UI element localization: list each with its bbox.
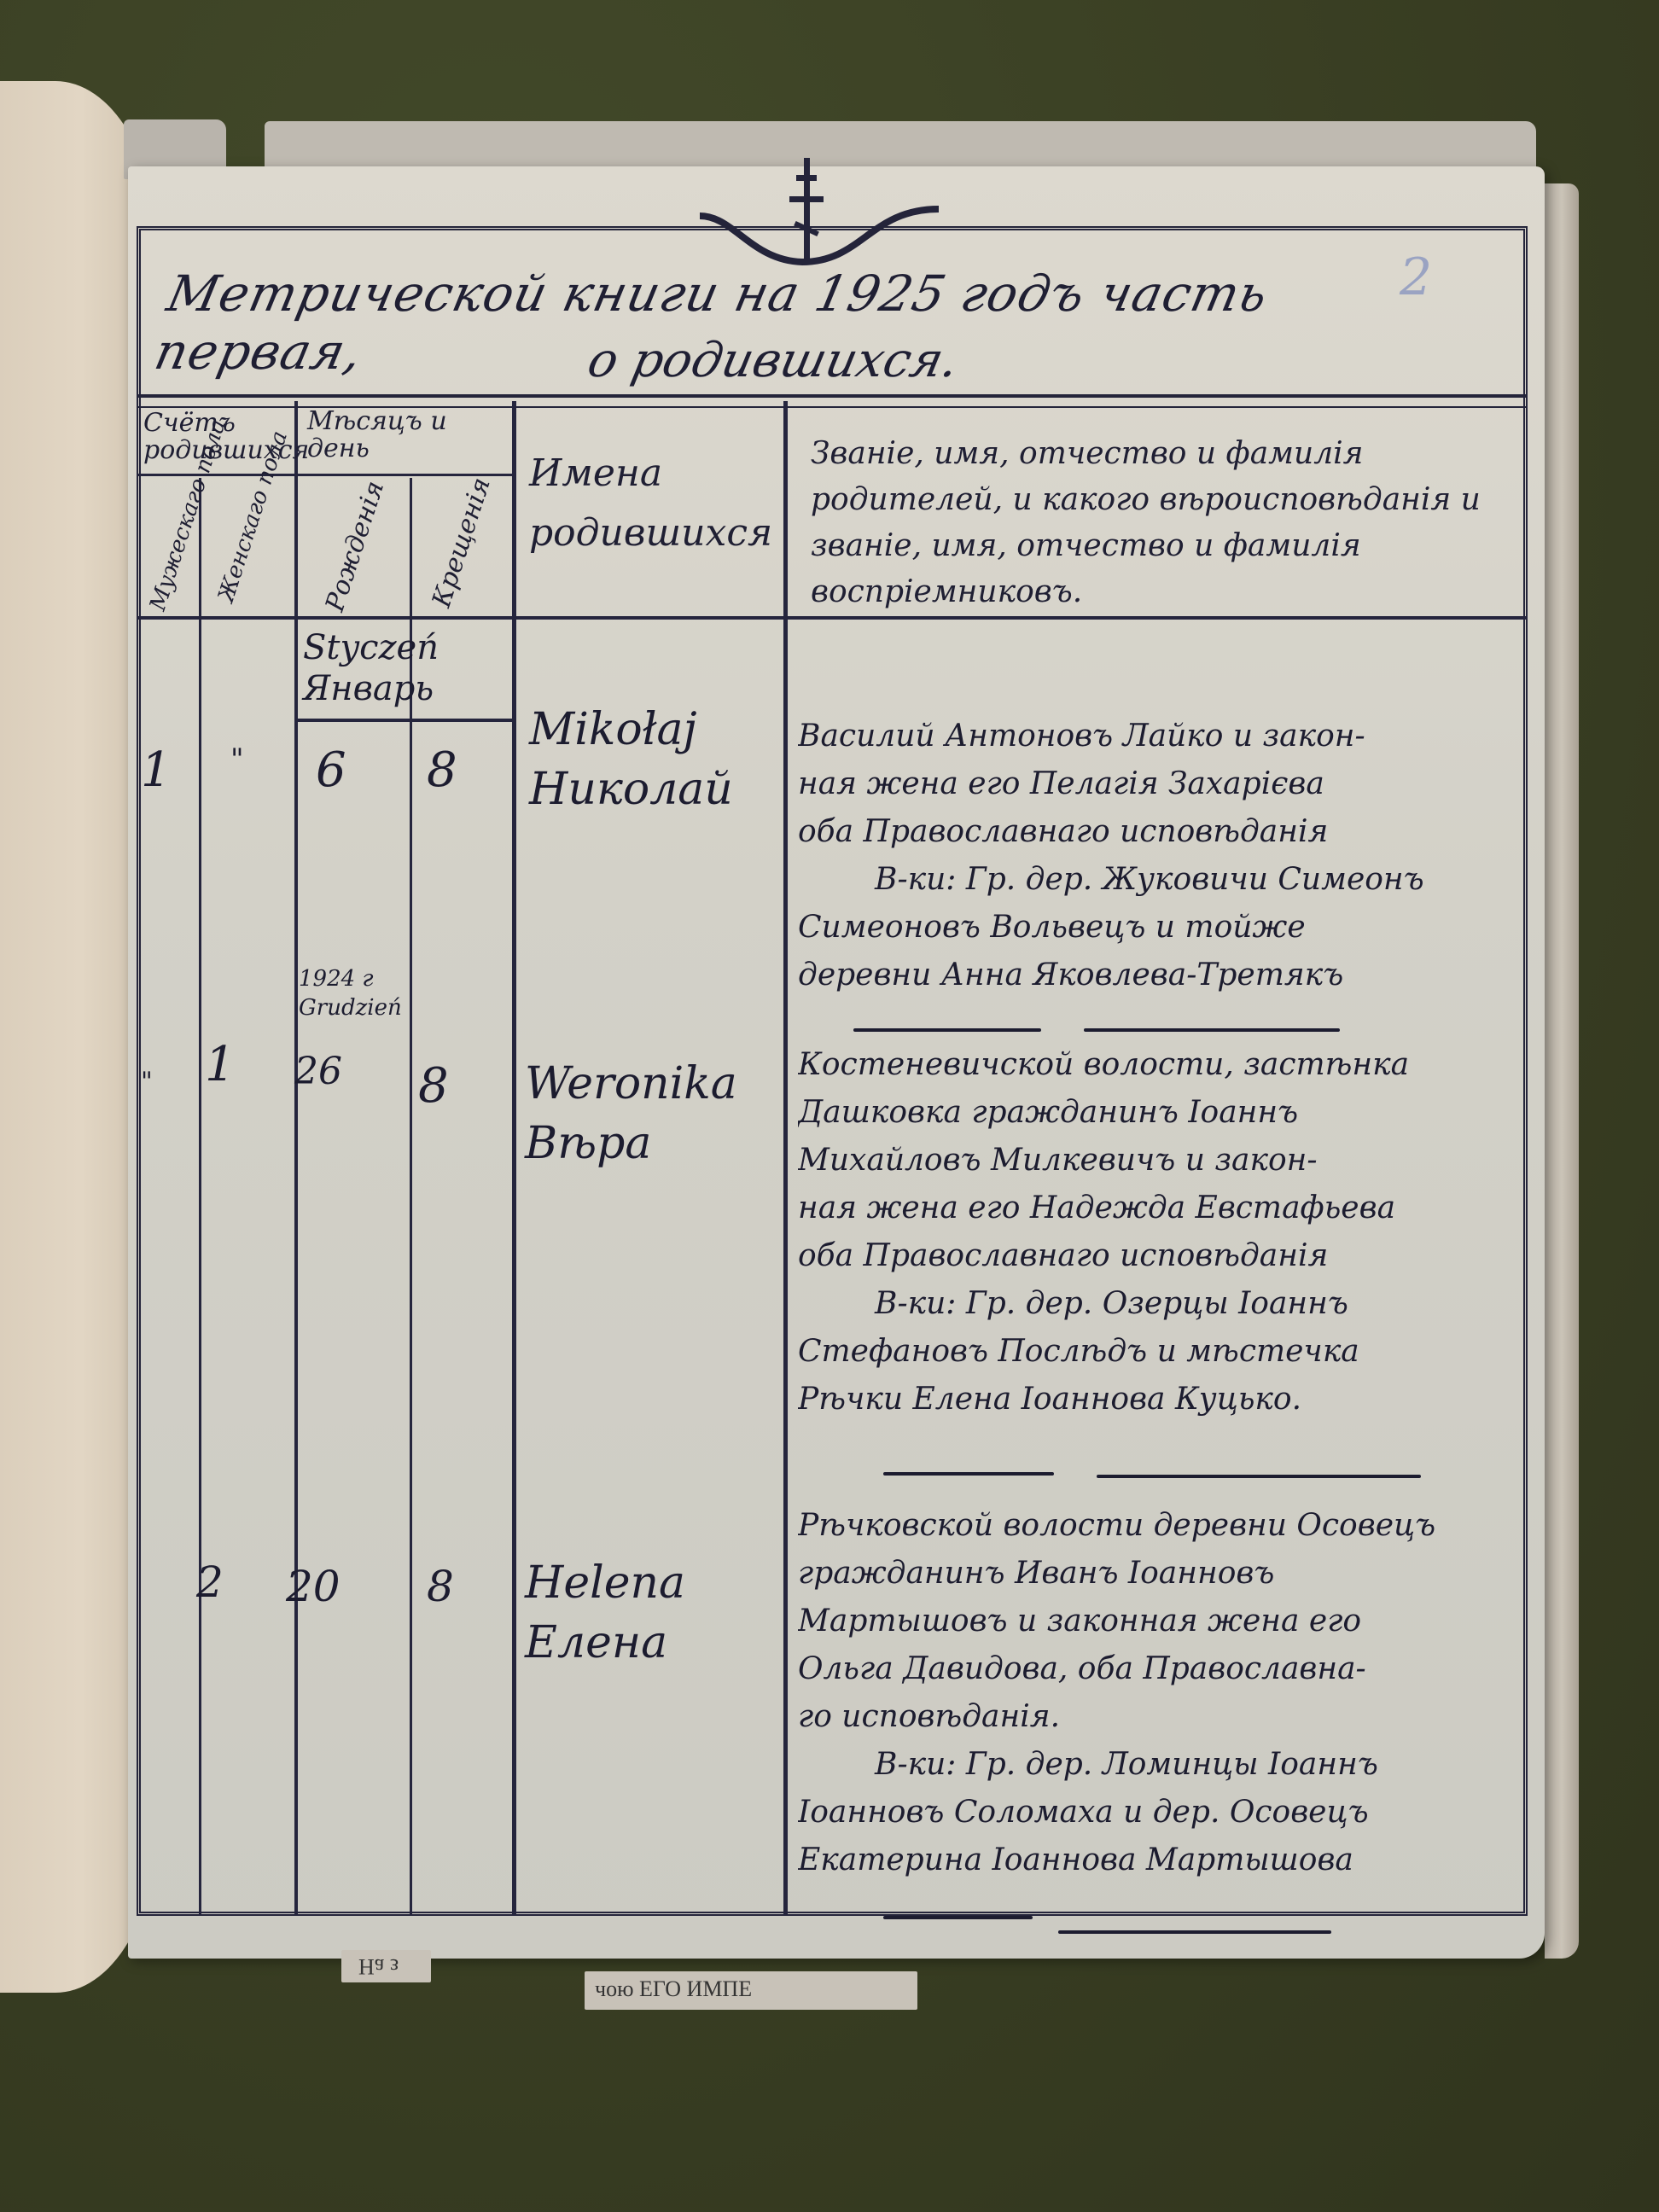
entry-parents-text: Рѣчковской волости деревни Осовецъ гражд… — [798, 1502, 1540, 1884]
entry-separator — [883, 1472, 1054, 1476]
page-number: 2 — [1400, 247, 1432, 307]
entry-male-count: 1 — [141, 742, 172, 798]
orthodox-cross-icon — [789, 158, 824, 260]
entry-birth-day: 20 — [286, 1562, 341, 1611]
entry-female-count: 2 — [196, 1557, 224, 1607]
entry-child-name: Weronika Вѣра — [525, 1054, 737, 1173]
entry-female-count: 1 — [205, 1037, 236, 1092]
header-date-group: Мѣсяцъ и день — [307, 408, 508, 462]
column-divider — [783, 401, 788, 1916]
printed-fragment-left: На з — [358, 1953, 399, 1979]
entry-child-name: Mikołaj Николай — [529, 700, 733, 819]
entry-baptism-day: 8 — [427, 742, 457, 798]
entry-separator — [1058, 1930, 1331, 1934]
header-divider — [137, 616, 1528, 620]
entry-female-count: " — [230, 742, 244, 777]
torn-paper-fragment: чою ЕГО ИМПЕ — [585, 1971, 917, 2010]
header-parents: Званіе, имя, отчество и фамилія родителе… — [811, 431, 1519, 615]
entry-male-count: " — [141, 1067, 153, 1097]
child-name-russian: Николай — [529, 760, 733, 819]
child-name-polish: Mikołaj — [529, 700, 733, 760]
month-polish: Styczeń — [303, 627, 439, 668]
child-name-polish: Helena — [525, 1553, 685, 1613]
column-divider — [294, 401, 298, 1916]
entry-separator — [1084, 1028, 1340, 1032]
entry-parents-text: Василий Антоновъ Лайко и закон- ная жена… — [798, 713, 1540, 999]
entry-baptism-day: 8 — [427, 1562, 454, 1611]
column-divider — [512, 401, 516, 1916]
child-name-russian: Елена — [525, 1613, 685, 1673]
month-russian: Январь — [303, 668, 439, 709]
torn-paper-fragment: На з — [341, 1950, 431, 1982]
entry-separator — [1097, 1475, 1421, 1478]
entry-child-name: Helena Елена — [525, 1553, 685, 1673]
month-heading: Styczeń Январь — [303, 627, 439, 709]
entry-baptism-day: 8 — [418, 1058, 449, 1114]
entry-date-note: 1924 г Grudzień — [299, 964, 410, 1022]
child-name-polish: Weronika — [525, 1054, 737, 1114]
entry-parents-text: Костеневичской волости, застѣнка Дашковк… — [798, 1041, 1540, 1423]
column-divider — [199, 478, 201, 1916]
entry-birth-day: 26 — [294, 1050, 342, 1093]
entry-separator — [853, 1028, 1041, 1032]
page-edge-stack — [1545, 183, 1579, 1959]
register-subtitle: о родившихся. — [583, 333, 963, 388]
month-underline — [294, 719, 516, 722]
entry-birth-day: 6 — [316, 742, 346, 798]
printed-fragment-center: чою ЕГО ИМПЕ — [595, 1976, 752, 2002]
entry-separator — [883, 1916, 1033, 1919]
header-names: Имена родившихся — [529, 444, 777, 564]
child-name-russian: Вѣра — [525, 1114, 737, 1173]
